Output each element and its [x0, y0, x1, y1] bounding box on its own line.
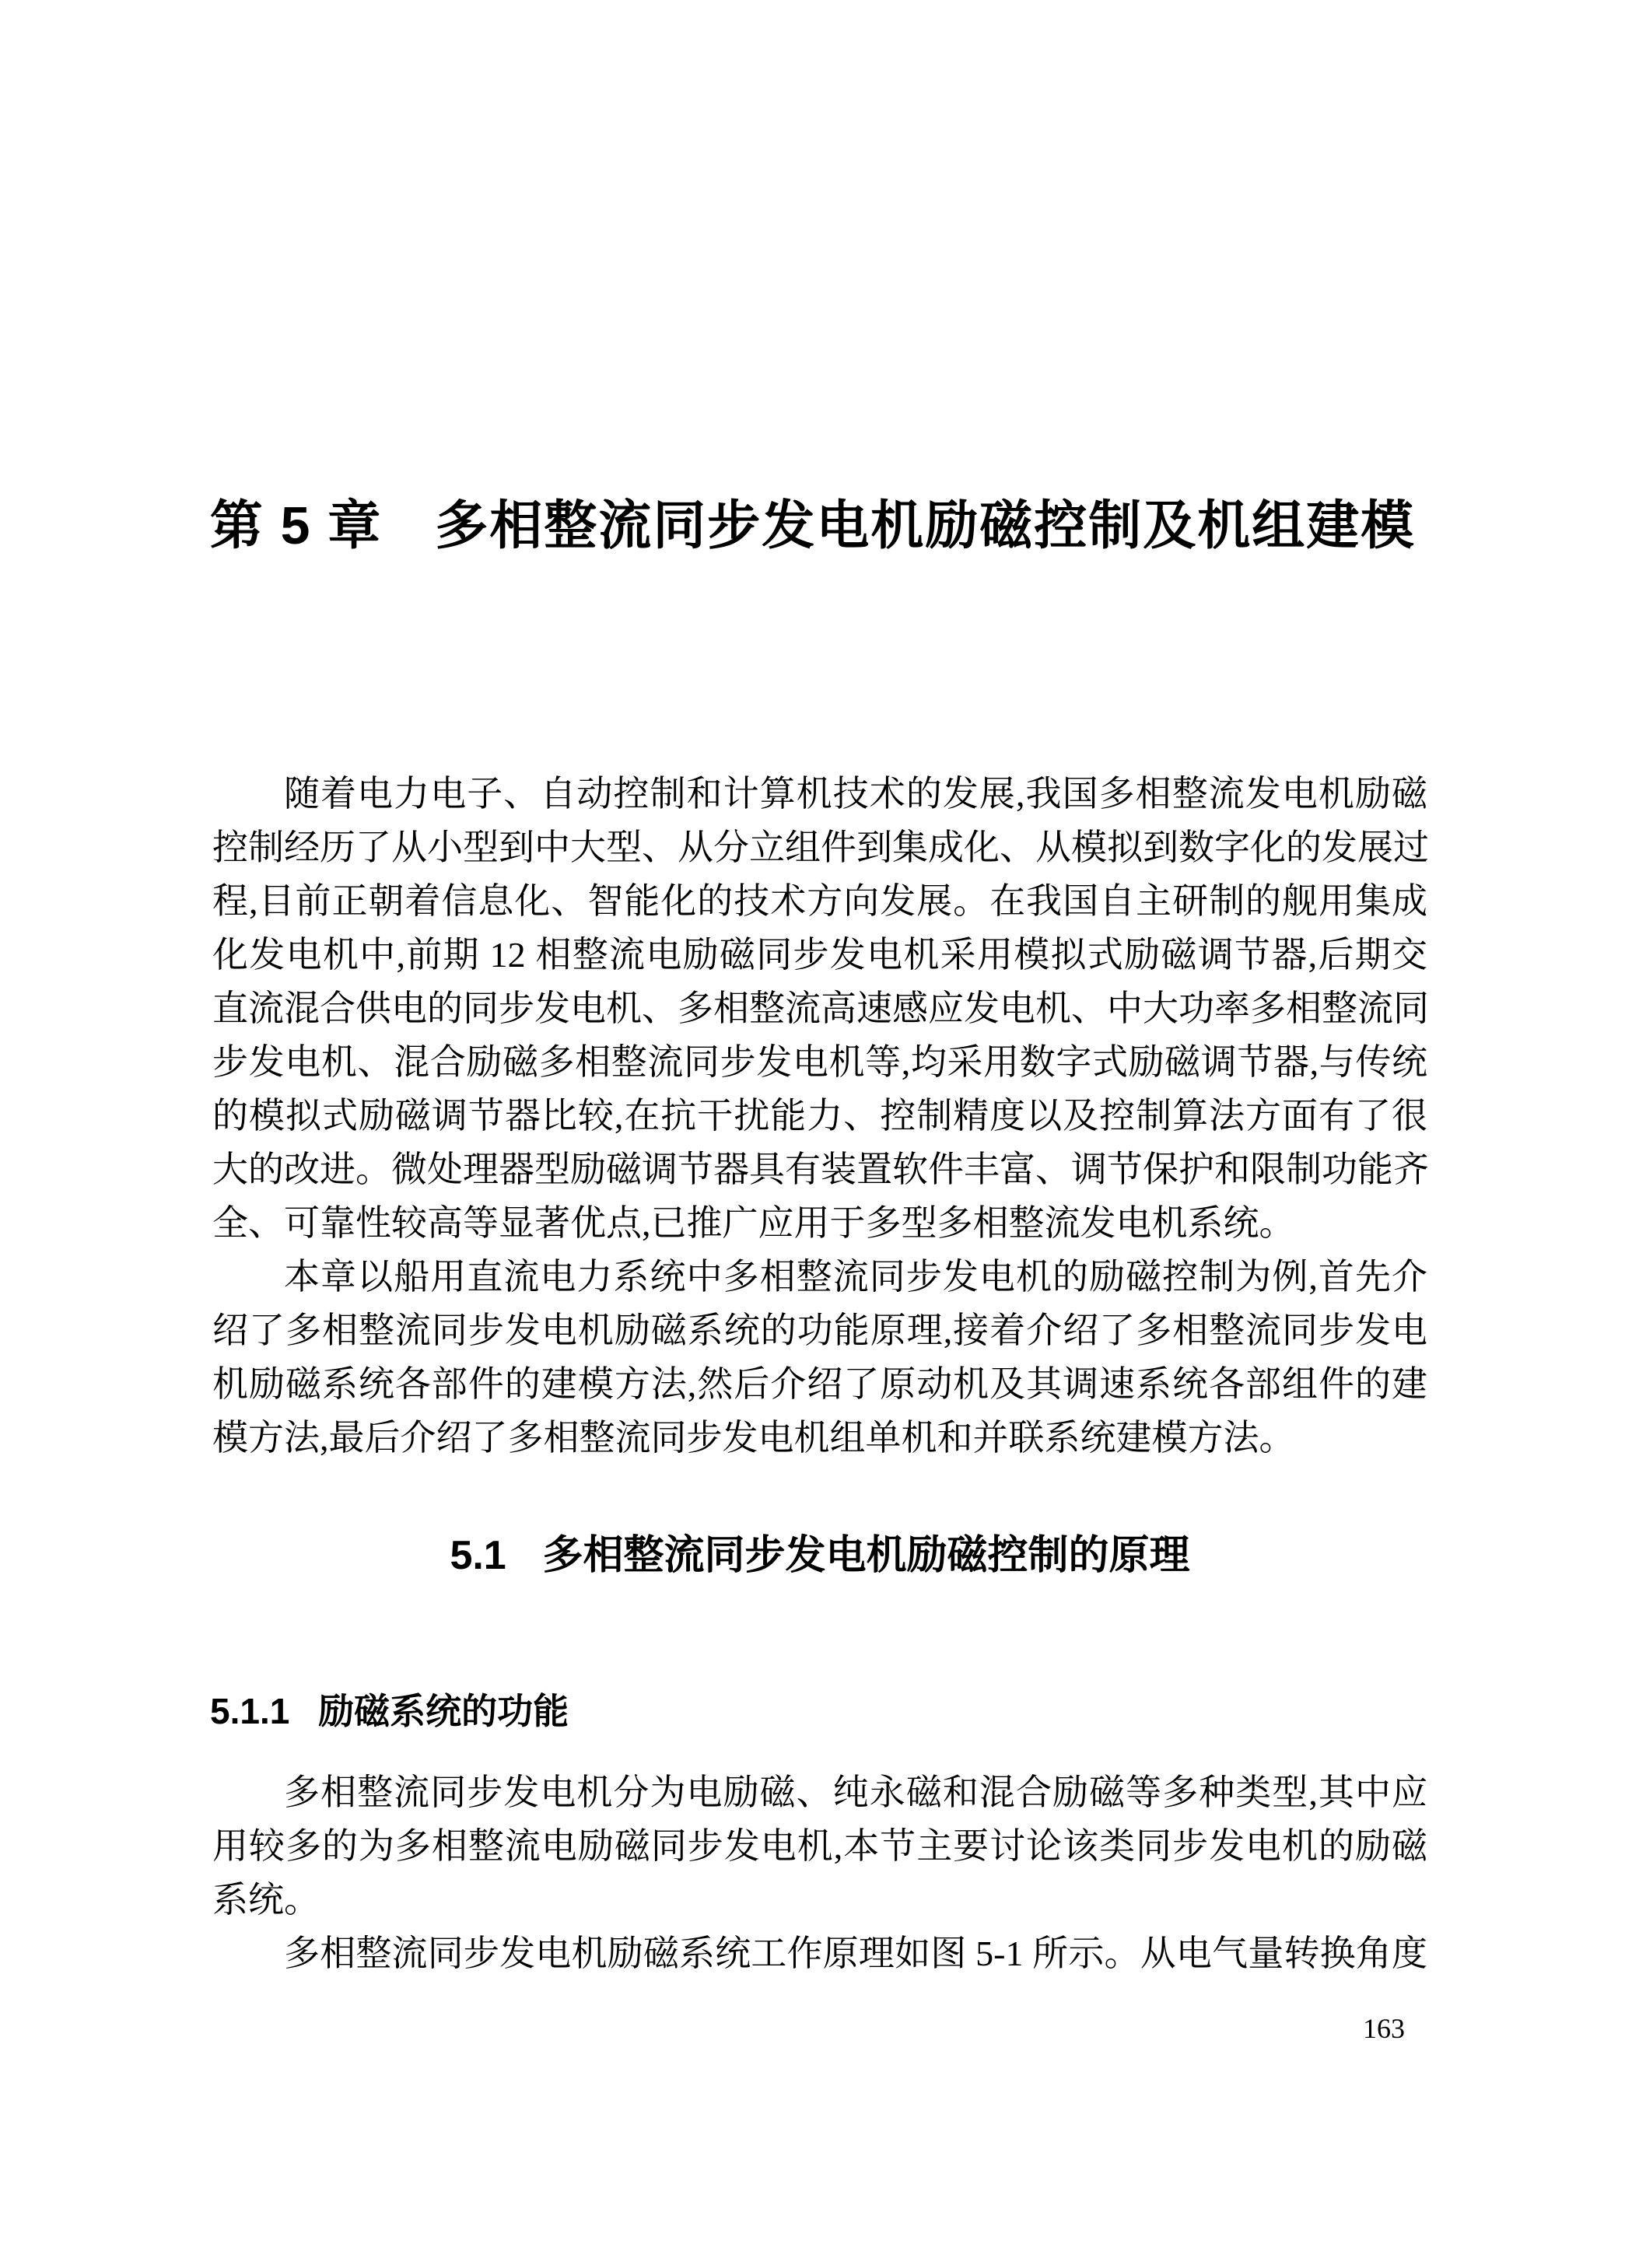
paragraph-line: 机励磁系统各部件的建模方法,然后介绍了原动机及其调速系统各部组件的建 — [212, 1357, 1427, 1411]
chapter-number: 第 5 章 — [210, 496, 383, 555]
subsection-title-text: 励磁系统的功能 — [318, 1691, 569, 1731]
paragraph-line: 步发电机、混合励磁多相整流同步发电机等,均采用数字式励磁调节器,与传统 — [212, 1035, 1427, 1089]
paragraph-line: 多相整流同步发电机分为电励磁、纯永磁和混合励磁等多种类型,其中应 — [212, 1766, 1427, 1819]
paragraph-line: 用较多的为多相整流电励磁同步发电机,本节主要讨论该类同步发电机的励磁 — [212, 1819, 1427, 1873]
chapter-title-text: 多相整流同步发电机励磁控制及机组建模 — [435, 496, 1415, 555]
subsection-number: 5.1.1 — [210, 1691, 289, 1731]
paragraph-line: 大的改进。微处理器型励磁调节器具有装置软件丰富、调节保护和限制功能齐 — [212, 1143, 1427, 1196]
section-heading: 5.1多相整流同步发电机励磁控制的原理 — [212, 1524, 1427, 1587]
intro-paragraphs: 随着电力电子、自动控制和计算机技术的发展,我国多相整流发电机励磁 控制经历了从小… — [212, 767, 1427, 1465]
chapter-title: 第 5 章多相整流同步发电机励磁控制及机组建模 — [198, 490, 1427, 562]
paragraph-line: 直流混合供电的同步发电机、多相整流高速感应发电机、中大功率多相整流同 — [212, 982, 1427, 1035]
paragraph-line: 模方法,最后介绍了多相整流同步发电机组单机和并联系统建模方法。 — [212, 1411, 1427, 1465]
paragraph-line: 本章以船用直流电力系统中多相整流同步发电机的励磁控制为例,首先介 — [212, 1250, 1427, 1304]
subsection-heading: 5.1.1励磁系统的功能 — [210, 1686, 569, 1736]
paragraph-line: 全、可靠性较高等显著优点,已推广应用于多型多相整流发电机系统。 — [212, 1196, 1427, 1250]
paragraph-line: 程,目前正朝着信息化、智能化的技术方向发展。在我国自主研制的舰用集成 — [212, 874, 1427, 928]
section-title-text: 多相整流同步发电机励磁控制的原理 — [543, 1533, 1190, 1578]
section-number: 5.1 — [450, 1533, 506, 1578]
paragraph-line: 控制经历了从小型到中大型、从分立组件到集成化、从模拟到数字化的发展过 — [212, 821, 1427, 874]
paragraph-line: 多相整流同步发电机励磁系统工作原理如图 5-1 所示。从电气量转换角度 — [212, 1927, 1427, 1980]
paragraph-line: 随着电力电子、自动控制和计算机技术的发展,我国多相整流发电机励磁 — [212, 767, 1427, 821]
paragraph-line: 的模拟式励磁调节器比较,在抗干扰能力、控制精度以及控制算法方面有了很 — [212, 1089, 1427, 1143]
paragraph-line: 系统。 — [212, 1873, 1427, 1927]
paragraph-line: 绍了多相整流同步发电机励磁系统的功能原理,接着介绍了多相整流同步发电 — [212, 1304, 1427, 1357]
section-paragraphs: 多相整流同步发电机分为电励磁、纯永磁和混合励磁等多种类型,其中应 用较多的为多相… — [212, 1766, 1427, 1980]
page-number: 163 — [1363, 2013, 1405, 2044]
paragraph-line: 化发电机中,前期 12 相整流电励磁同步发电机采用模拟式励磁调节器,后期交 — [212, 928, 1427, 982]
book-page: 第 5 章多相整流同步发电机励磁控制及机组建模 随着电力电子、自动控制和计算机技… — [0, 0, 1625, 2268]
